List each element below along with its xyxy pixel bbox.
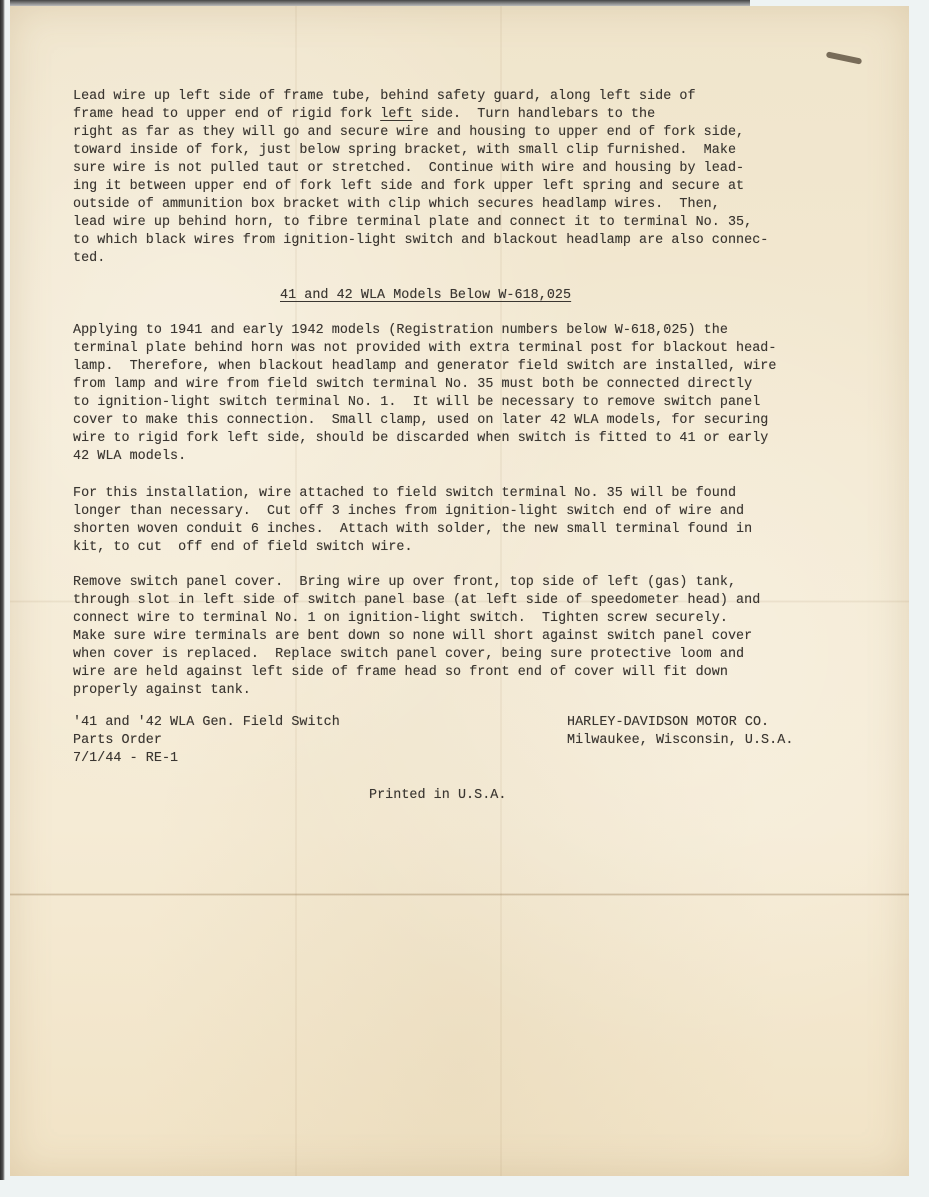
underlined-word: left: [380, 107, 412, 122]
text-line: Applying to 1941 and early 1942 models (…: [73, 323, 728, 338]
document-title-line: '41 and '42 WLA Gen. Field Switch: [73, 715, 340, 730]
paragraph-installation: For this installation, wire attached to …: [73, 485, 752, 557]
text-line: Remove switch panel cover. Bring wire up…: [73, 575, 736, 590]
text-line: when cover is replaced. Replace switch p…: [73, 647, 744, 662]
text-line: outside of ammunition box bracket with c…: [73, 197, 720, 212]
text-line: shorten woven conduit 6 inches. Attach w…: [73, 522, 752, 537]
text-line: 42 WLA models.: [73, 449, 186, 464]
paragraph-early-models: Applying to 1941 and early 1942 models (…: [73, 322, 776, 466]
printed-in-notice: Printed in U.S.A.: [369, 787, 506, 805]
text-line: to which black wires from ignition-light…: [73, 233, 768, 248]
text-line: ted.: [73, 251, 105, 266]
company-location: Milwaukee, Wisconsin, U.S.A.: [567, 733, 793, 748]
document-type-line: Parts Order: [73, 733, 162, 748]
text-line: lamp. Therefore, when blackout headlamp …: [73, 359, 776, 374]
company-address-block: HARLEY-DAVIDSON MOTOR CO. Milwaukee, Wis…: [567, 714, 793, 750]
section-heading: 41 and 42 WLA Models Below W-618,025: [280, 287, 571, 305]
document-date-code: 7/1/44 - RE-1: [73, 751, 178, 766]
text-line: wire to rigid fork left side, should be …: [73, 431, 768, 446]
scanned-page: Lead wire up left side of frame tube, be…: [0, 0, 929, 1197]
text-line: terminal plate behind horn was not provi…: [73, 341, 776, 356]
company-name: HARLEY-DAVIDSON MOTOR CO.: [567, 715, 769, 730]
text-line: longer than necessary. Cut off 3 inches …: [73, 504, 744, 519]
text-line: wire are held against left side of frame…: [73, 665, 728, 680]
text-line: lead wire up behind horn, to fibre termi…: [73, 215, 752, 230]
text-line-segment: frame head to upper end of rigid fork: [73, 107, 380, 122]
text-line: kit, to cut off end of field switch wire…: [73, 540, 413, 555]
text-line: properly against tank.: [73, 683, 251, 698]
text-line: right as far as they will go and secure …: [73, 125, 744, 140]
parts-order-reference: '41 and '42 WLA Gen. Field Switch Parts …: [73, 714, 340, 768]
text-line: from lamp and wire from field switch ter…: [73, 377, 752, 392]
scan-left-edge-shadow: [0, 0, 5, 1180]
text-line: through slot in left side of switch pane…: [73, 593, 760, 608]
text-line: to ignition-light switch terminal No. 1.…: [73, 395, 760, 410]
text-line: cover to make this connection. Small cla…: [73, 413, 768, 428]
text-line-segment: side. Turn handlebars to the: [413, 107, 656, 122]
paper-fold-line: [10, 893, 909, 896]
text-line: sure wire is not pulled taut or stretche…: [73, 161, 744, 176]
text-line: ing it between upper end of fork left si…: [73, 179, 744, 194]
text-line: connect wire to terminal No. 1 on igniti…: [73, 611, 728, 626]
text-line: toward inside of fork, just below spring…: [73, 143, 736, 158]
text-line: For this installation, wire attached to …: [73, 486, 736, 501]
text-line: Lead wire up left side of frame tube, be…: [73, 89, 696, 104]
text-line: Make sure wire terminals are bent down s…: [73, 629, 752, 644]
paragraph-switch-panel: Remove switch panel cover. Bring wire up…: [73, 574, 760, 700]
paragraph-wire-routing: Lead wire up left side of frame tube, be…: [73, 88, 768, 268]
